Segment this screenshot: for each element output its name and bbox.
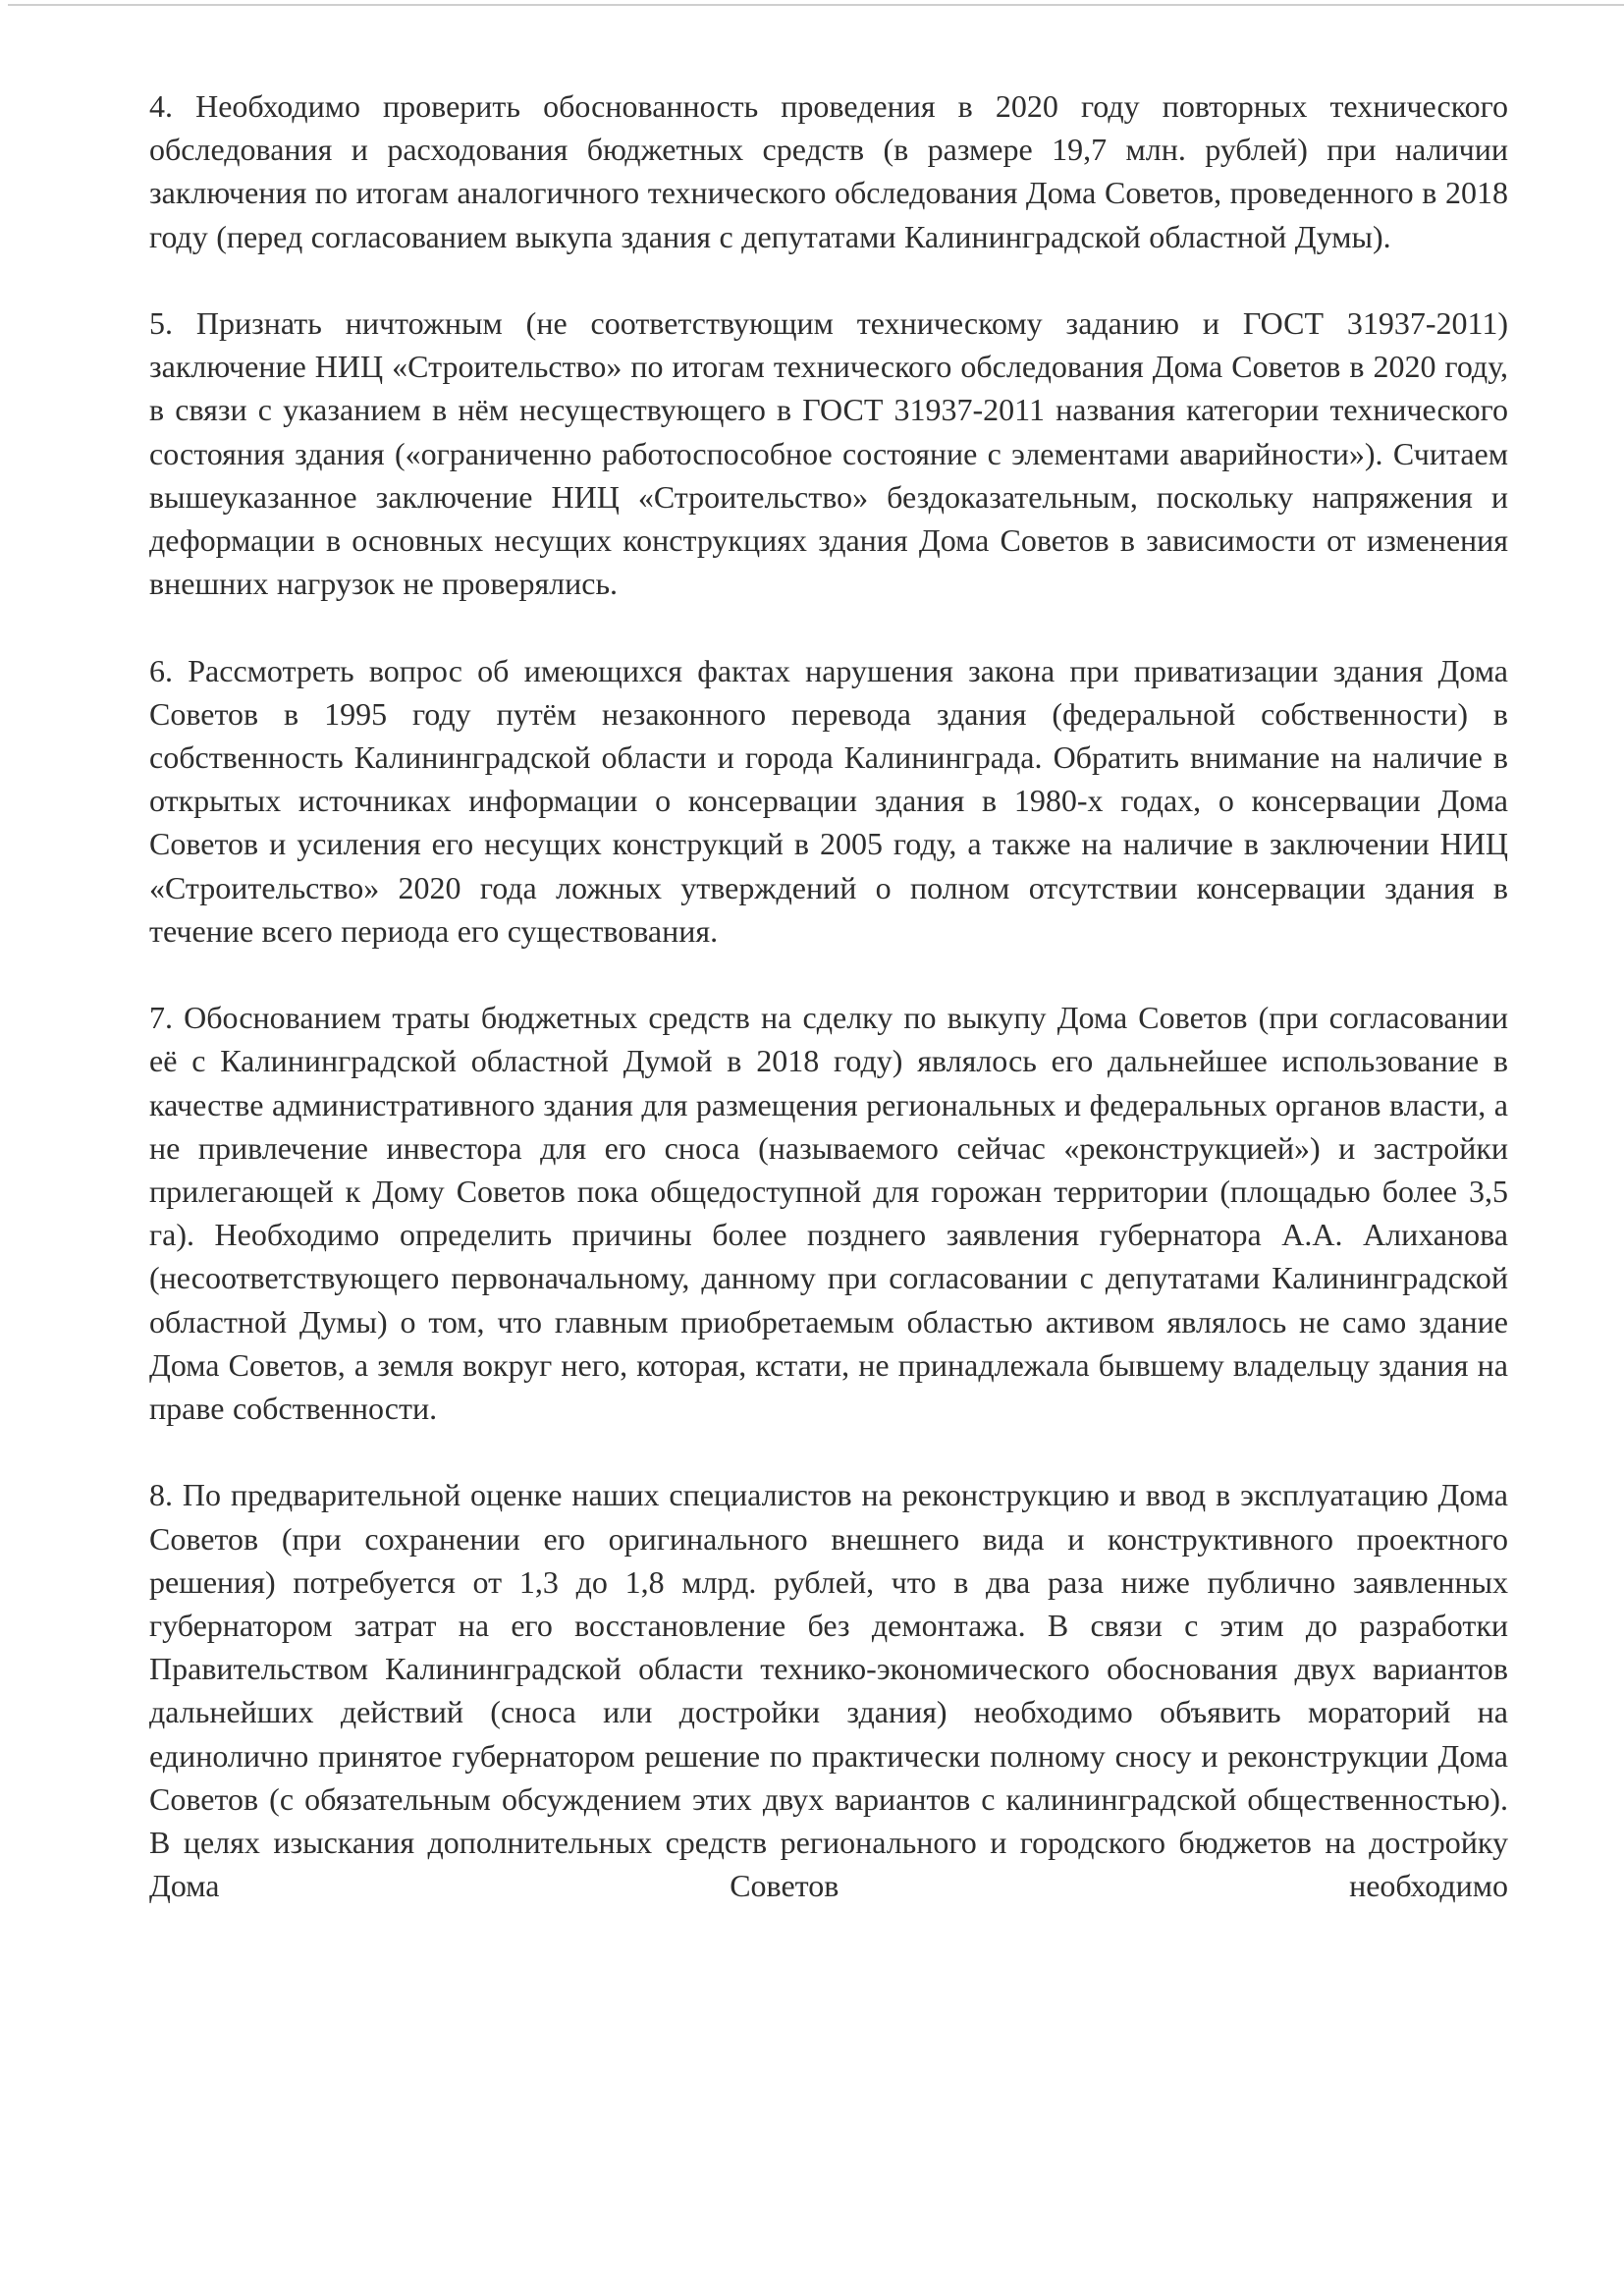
paragraph-7: 7. Обоснованием траты бюджетных средств … [149,996,1508,1430]
document-page: 4. Необходимо проверить обоснованность п… [149,84,1508,1907]
scan-edge-line [8,4,1624,6]
paragraph-5: 5. Признать ничтожным (не соответствующи… [149,301,1508,605]
paragraph-6: 6. Рассмотреть вопрос об имеющихся факта… [149,649,1508,953]
paragraph-4: 4. Необходимо проверить обоснованность п… [149,84,1508,258]
paragraph-8: 8. По предварительной оценке наших специ… [149,1473,1508,1907]
